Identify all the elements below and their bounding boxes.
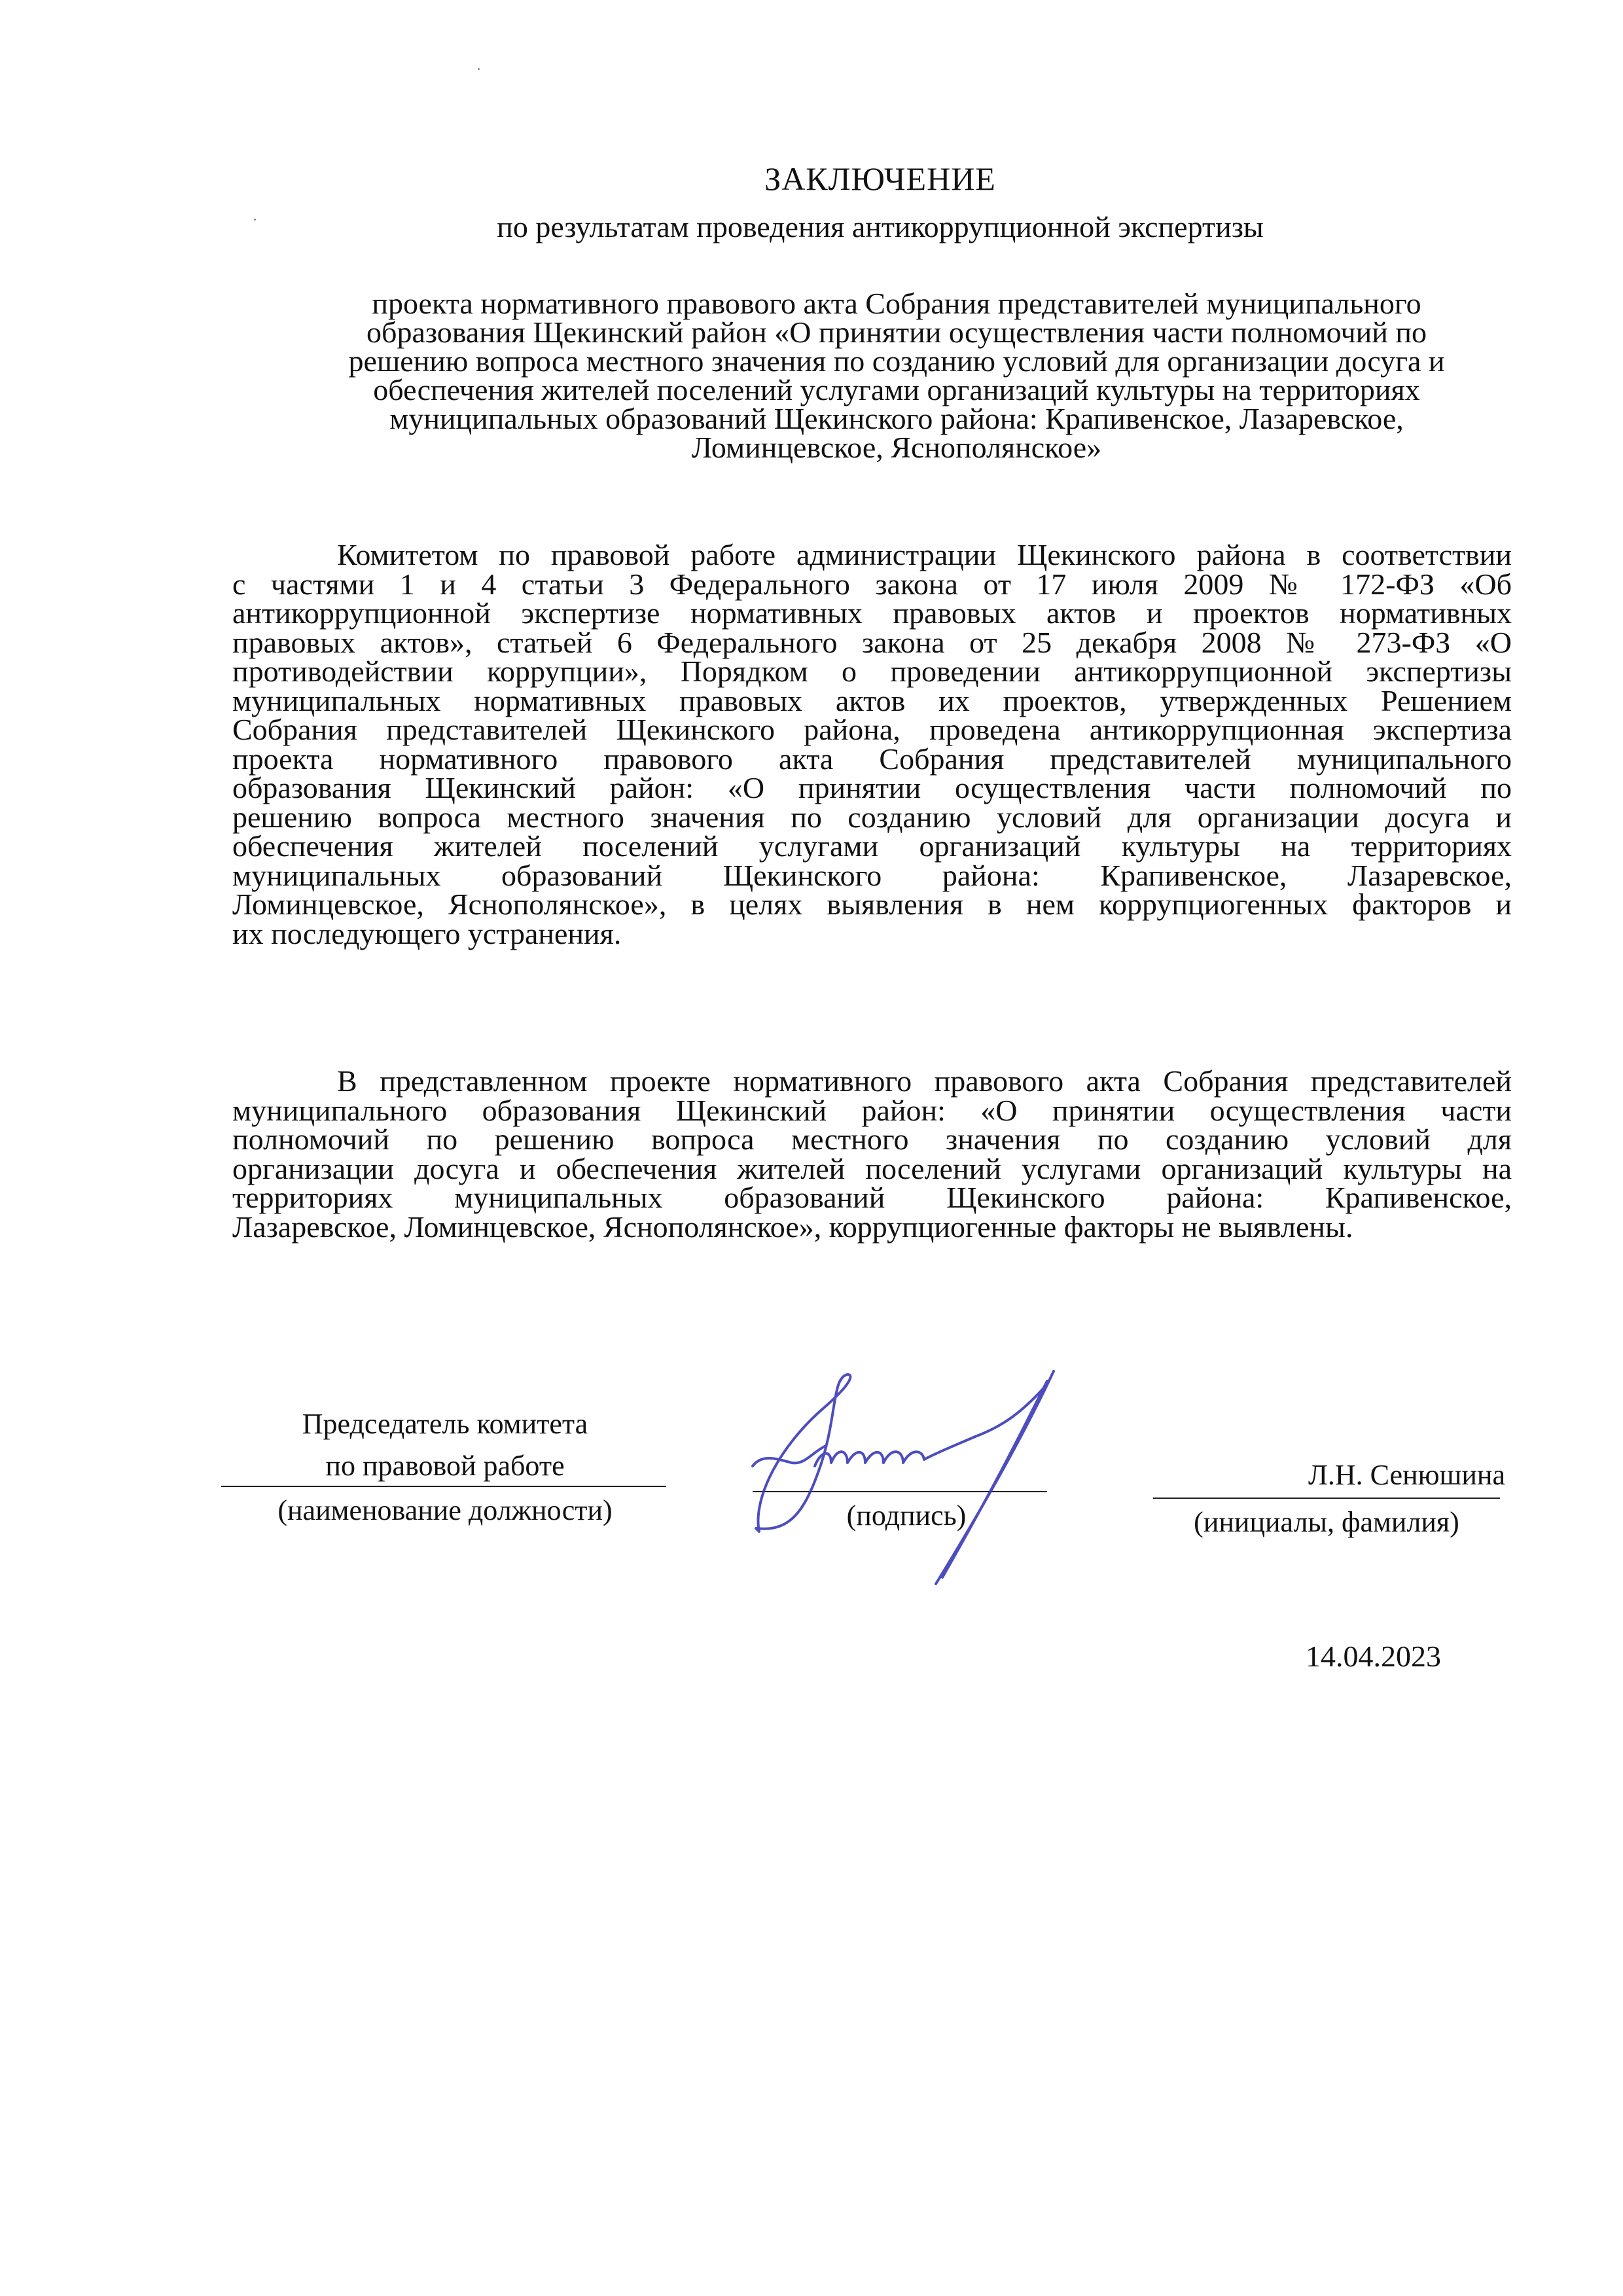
handwritten-signature-icon [740, 1368, 1106, 1597]
paragraph-line: Ломинцевское, Яснополянское», в целях вы… [232, 890, 1512, 920]
scan-speck [478, 68, 480, 70]
paragraph-line: правовых актов», статьей 6 Федерального … [232, 628, 1512, 658]
paragraph-line: муниципального образования Щекинский рай… [232, 1096, 1512, 1126]
paragraph-line: проекта нормативного правового акта Собр… [232, 745, 1512, 774]
project-line: решению вопроса местного значения по соз… [275, 347, 1518, 376]
project-line: муниципальных образований Щекинского рай… [275, 404, 1518, 433]
paragraph-line: их последующего устранения. [232, 920, 1512, 949]
document-page: ЗАКЛЮЧЕНИЕ по результатам проведения ант… [0, 0, 1623, 2296]
body-paragraph-2: В представленном проекте нормативного пр… [232, 1067, 1512, 1242]
project-line: проекта нормативного правового акта Собр… [275, 289, 1518, 318]
position-title-line1: Председатель комитета [223, 1407, 668, 1441]
document-subtitle: по результатам проведения антикоррупцион… [0, 209, 1623, 244]
paragraph-line: Лазаревское, Ломинцевское, Яснополянское… [232, 1213, 1512, 1242]
project-line: обеспечения жителей поселений услугами о… [275, 376, 1518, 404]
name-underline [1153, 1498, 1500, 1499]
project-line: образования Щекинский район «О принятии … [275, 318, 1518, 347]
paragraph-line: В представленном проекте нормативного пр… [232, 1067, 1512, 1096]
paragraph-line: противодействии коррупции», Порядком о п… [232, 657, 1512, 687]
position-title-line2: по правовой работе [223, 1449, 668, 1482]
signer-name: Л.Н. Сенюшина [1230, 1458, 1505, 1492]
paragraph-line: территориях муниципальных образований Ще… [232, 1183, 1512, 1213]
paragraph-line: образования Щекинский район: «О принятии… [232, 774, 1512, 803]
project-description: проекта нормативного правового акта Собр… [275, 289, 1518, 462]
paragraph-line: антикоррупционной экспертизе нормативных… [232, 599, 1512, 628]
name-caption: (инициалы, фамилия) [1153, 1505, 1500, 1539]
paragraph-line: муниципальных образований Щекинского рай… [232, 861, 1512, 891]
position-caption: (наименование должности) [223, 1494, 668, 1527]
paragraph-line: Комитетом по правовой работе администрац… [232, 541, 1512, 570]
document-date: 14.04.2023 [1306, 1639, 1441, 1674]
paragraph-line: с частями 1 и 4 статьи 3 Федерального за… [232, 570, 1512, 600]
position-underline [221, 1486, 666, 1487]
paragraph-line: Собрания представителей Щекинского район… [232, 715, 1512, 745]
body-paragraph-1: Комитетом по правовой работе администрац… [232, 541, 1512, 948]
paragraph-line: муниципальных нормативных правовых актов… [232, 687, 1512, 716]
document-title: ЗАКЛЮЧЕНИЕ [0, 160, 1623, 198]
paragraph-line: решению вопроса местного значения по соз… [232, 803, 1512, 833]
paragraph-line: организации досуга и обеспечения жителей… [232, 1155, 1512, 1184]
paragraph-line: обеспечения жителей поселений услугами о… [232, 832, 1512, 861]
project-line: Ломинцевское, Яснополянское» [275, 433, 1518, 462]
paragraph-line: полномочий по решению вопроса местного з… [232, 1125, 1512, 1155]
